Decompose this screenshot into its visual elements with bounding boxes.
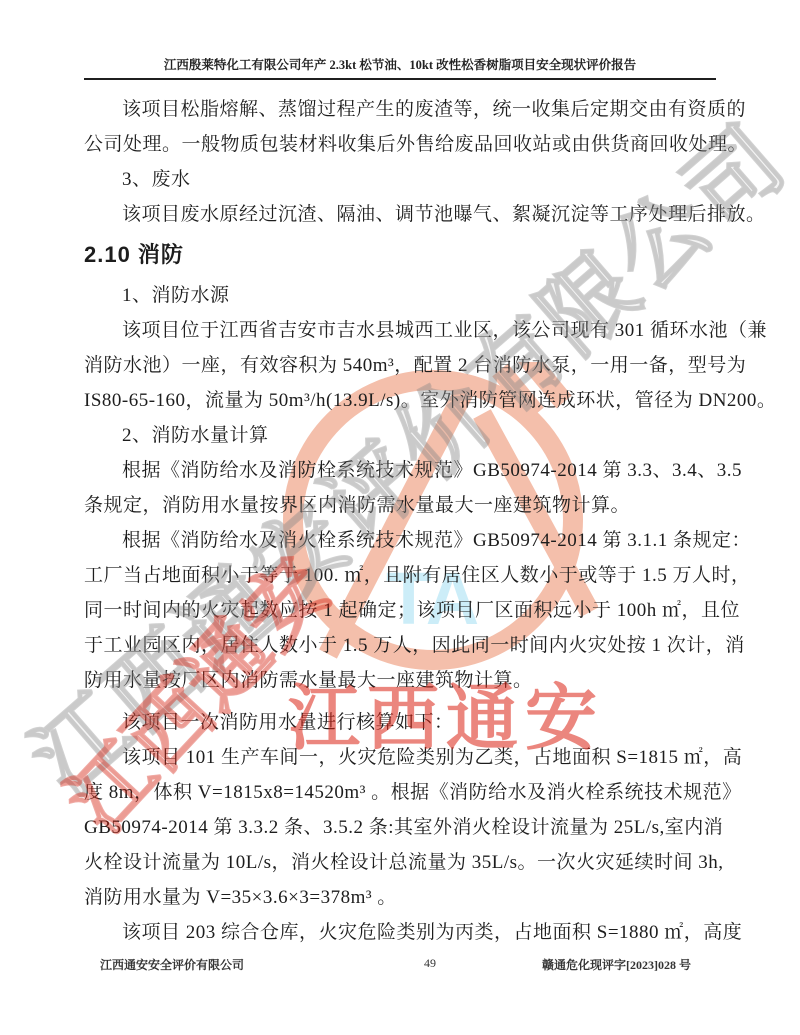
text-line: 该项目松脂熔解、蒸馏过程产生的废渣等，统一收集后定期交由有资质的 — [84, 92, 744, 127]
text-line: 火栓设计流量为 10L/s，消火栓设计总流量为 35L/s。一次火灾延续时间 3… — [84, 845, 744, 880]
text-line: 该项目废水原经过沉渣、隔油、调节池曝气、絮凝沉淀等工序处理后排放。 — [84, 197, 744, 232]
text-line: 消防水池）一座，有效容积为 540m³，配置 2 台消防水泵，一用一备，型号为 — [84, 348, 744, 383]
text-line: 根据《消防给水及消防栓系统技术规范》GB50974-2014 第 3.3、3.4… — [84, 453, 744, 488]
text-line: IS80-65-160，流量为 50m³/h(13.9L/s)。室外消防管网连成… — [84, 383, 744, 418]
text-line: 该项目 203 综合仓库，火灾危险类别为丙类，占地面积 S=1880 ㎡，高度 — [84, 915, 744, 950]
text-line: 2、消防水量计算 — [84, 418, 744, 453]
report-header-title: 江西殷莱特化工有限公司年产 2.3kt 松节油、10kt 改性松香树脂项目安全现… — [164, 55, 636, 78]
text-line: 3、废水 — [84, 162, 744, 197]
text-line: 根据《消防给水及消火栓系统技术规范》GB50974-2014 第 3.1.1 条… — [84, 523, 744, 558]
text-line: 工厂当占地面积小于等于 100. ㎡，且附有居住区人数小于或等于 1.5 万人时… — [84, 558, 744, 593]
text-line: 该项目位于江西省吉安市吉水县城西工业区，该公司现有 301 循环水池（兼 — [84, 313, 744, 348]
text-line: 该项目一次消防用水量进行核算如下： — [84, 705, 744, 740]
text-line: 于工业园区内，居住人数小于 1.5 万人，因此同一时间内火灾处按 1 次计，消 — [84, 628, 744, 663]
text-line: 公司处理。一般物质包装材料收集后外售给废品回收站或由供货商回收处理。 — [84, 127, 744, 162]
report-page: 江西殷莱特化工有限公司年产 2.3kt 松节油、10kt 改性松香树脂项目安全现… — [0, 0, 800, 1035]
text-line: 2.10 消防 — [84, 232, 744, 278]
text-line: GB50974-2014 第 3.3.2 条、3.5.2 条:其室外消火栓设计流… — [84, 810, 744, 845]
text-line: 度 8m，体积 V=1815x8=14520m³ 。根据《消防给水及消火栓系统技… — [84, 775, 744, 810]
page-footer: 江西通安安全评价有限公司 49 赣通危化现评字[2023]028 号 — [84, 952, 716, 976]
text-line: 该项目 101 生产车间一，火灾危险类别为乙类，占地面积 S=1815 ㎡，高 — [84, 740, 744, 775]
footer-company-name: 江西通安安全评价有限公司 — [100, 956, 244, 973]
page-header: 江西殷莱特化工有限公司年产 2.3kt 松节油、10kt 改性松香树脂项目安全现… — [84, 0, 716, 80]
footer-document-number: 赣通危化现评字[2023]028 号 — [542, 956, 691, 973]
footer-page-number: 49 — [424, 956, 436, 971]
text-line: 同一时间内的火灾起数应按 1 起确定；该项目厂区面积远小于 100h ㎡，且位 — [84, 593, 744, 628]
text-line: 消防用水量为 V=35×3.6×3=378m³ 。 — [84, 880, 744, 915]
text-line: 1、消防水源 — [84, 278, 744, 313]
document-body: 该项目松脂熔解、蒸馏过程产生的废渣等，统一收集后定期交由有资质的公司处理。一般物… — [84, 92, 744, 950]
text-line: 防用水量按厂区内消防需水量最大一座建筑物计算。 — [84, 663, 744, 698]
text-line: 条规定，消防用水量按界区内消防需水量最大一座建筑物计算。 — [84, 488, 744, 523]
